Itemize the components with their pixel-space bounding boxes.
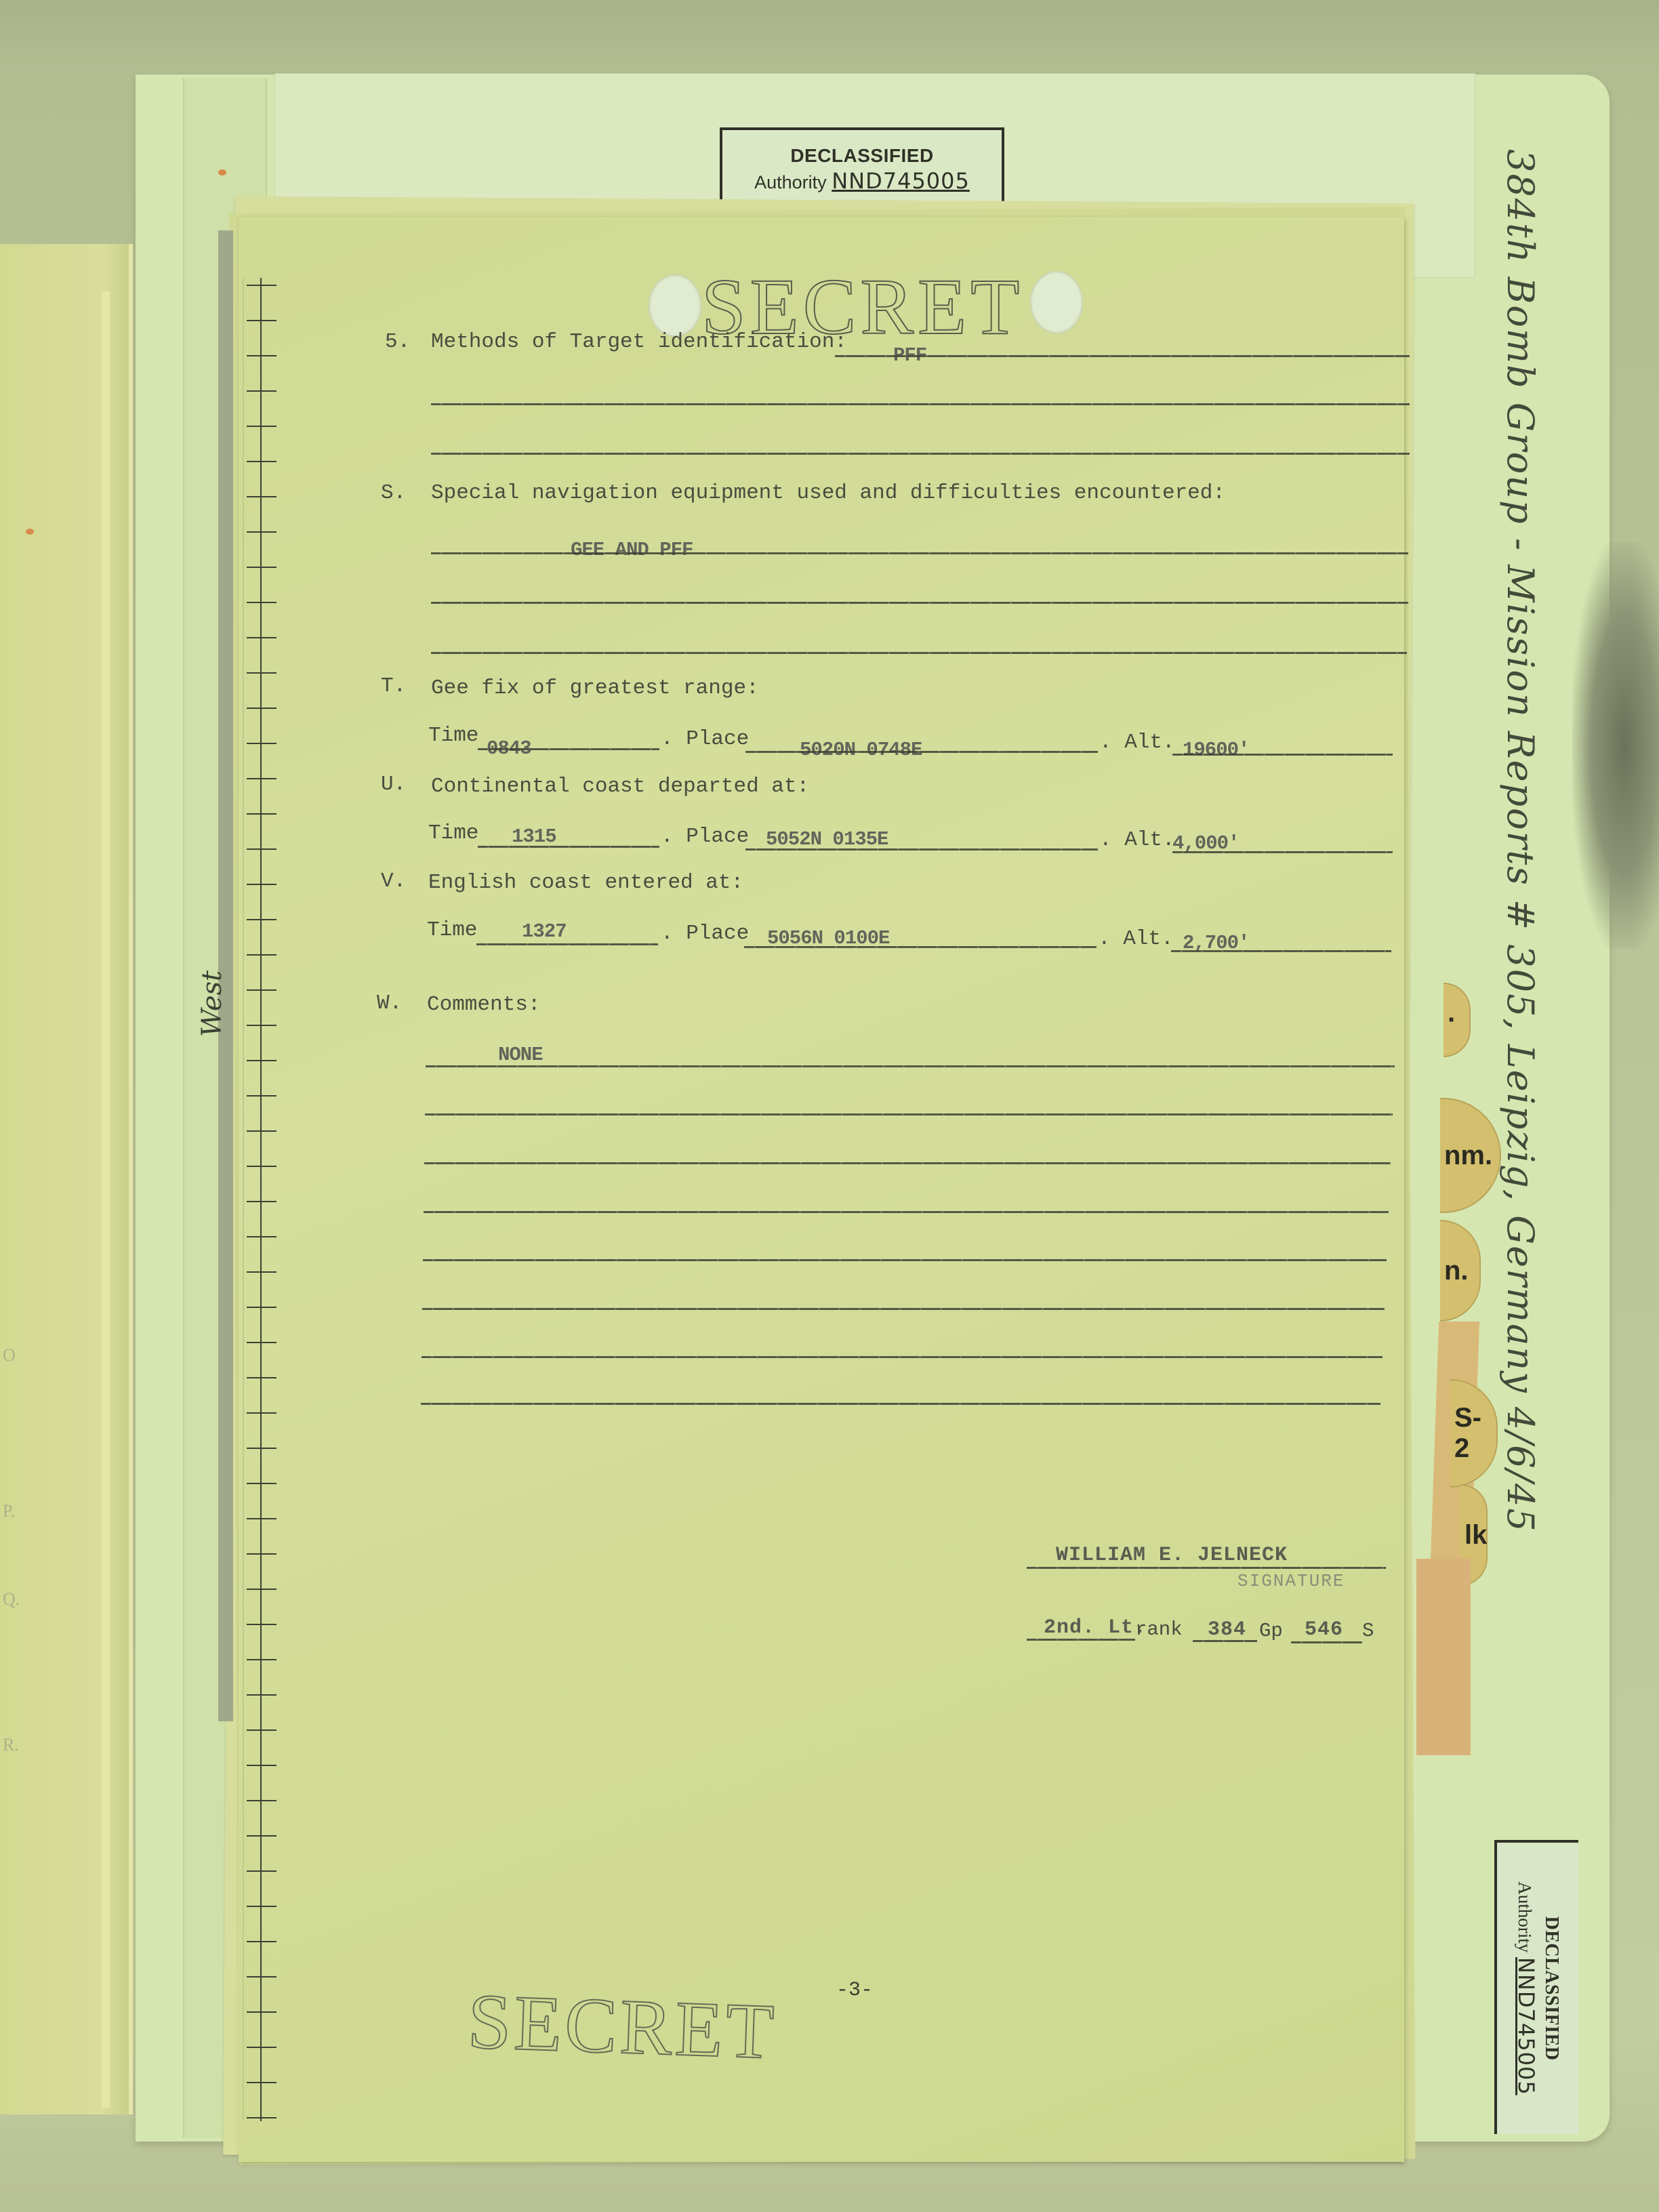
ruler-tick	[247, 1342, 276, 1343]
declassified-title: DECLASSIFIED	[1540, 1846, 1562, 2131]
fill-line	[431, 403, 1410, 405]
folder-label-text: 384th Bomb Group - Mission Reports # 305…	[1499, 149, 1542, 1533]
fill-line	[431, 602, 1408, 604]
left-stack-letter: P.	[3, 1501, 15, 1521]
ruler-tick	[247, 2047, 276, 2048]
fill-line	[431, 453, 1410, 455]
item-s-marker: S.	[381, 481, 406, 505]
ruler-tick	[247, 531, 276, 533]
fill-line	[744, 946, 1097, 948]
authority-label: Authority	[1515, 1881, 1535, 1952]
stain-mark	[26, 529, 34, 535]
left-stack-letter: R.	[3, 1735, 19, 1755]
ruler-tick	[247, 848, 276, 850]
classification-bottom: SECRET	[466, 1977, 778, 2078]
declassified-title: DECLASSIFIED	[722, 145, 1002, 167]
ruler-tick	[247, 1729, 276, 1731]
ruler-tick	[247, 285, 276, 286]
item-v-label: English coast entered at:	[428, 871, 743, 895]
fill-line	[1171, 950, 1391, 952]
authority-number: NND745005	[1513, 1957, 1539, 2095]
fill-line	[478, 846, 659, 848]
item-t-time-label: Time	[428, 724, 478, 747]
declassified-stamp-side: DECLASSIFIED Authority NND745005	[1494, 1840, 1578, 2134]
ruler-tick	[247, 2082, 276, 2083]
item-v-time: 1327	[522, 920, 567, 943]
fill-line	[431, 552, 1408, 554]
ruler-spine	[260, 278, 262, 2121]
item-w-marker: W.	[377, 991, 402, 1015]
ruler-tick	[247, 743, 276, 744]
ruler-tick	[247, 355, 276, 356]
ruler-tick	[247, 1694, 276, 1696]
ruler-tick	[247, 1060, 276, 1061]
signature-line	[1027, 1567, 1386, 1569]
item-t-label: Gee fix of greatest range:	[431, 676, 759, 700]
rank-line	[1027, 1639, 1135, 1641]
ruler-tick	[247, 954, 276, 956]
item-u-marker: U.	[381, 773, 406, 796]
ruler-tick	[247, 1166, 276, 1167]
ruler-tick	[247, 1941, 276, 1942]
ruler-tick	[247, 672, 276, 674]
item-w-label: Comments:	[427, 993, 540, 1017]
item-t-marker: T.	[381, 674, 406, 698]
item-r-label: Methods of Target identification:	[431, 330, 847, 354]
rank-label: rank	[1135, 1618, 1183, 1641]
fill-line	[431, 652, 1407, 654]
ruler-tick	[247, 602, 276, 603]
item-t-place: 5020N 0748E	[800, 739, 922, 761]
ruler-tick	[247, 1130, 276, 1132]
background-shadow	[1572, 542, 1659, 949]
ruler-tick	[247, 461, 276, 462]
comment-fill-line	[422, 1356, 1382, 1358]
fill-line	[835, 355, 1410, 357]
punch-hole	[1030, 271, 1083, 333]
ruler-tick	[247, 1448, 276, 1449]
ruler-tick	[247, 390, 276, 392]
comment-fill-line	[426, 1065, 1395, 1067]
ruler-tick	[247, 1870, 276, 1872]
item-u-time-label: Time	[428, 821, 478, 845]
ruler-tick	[247, 1377, 276, 1378]
group-value: 384	[1208, 1618, 1246, 1641]
comment-fill-line	[423, 1259, 1387, 1261]
ruler-tick	[247, 1800, 276, 1801]
comment-fill-line	[424, 1162, 1391, 1164]
stain-mark	[218, 169, 226, 176]
left-stack-letter: Q.	[3, 1589, 20, 1610]
authority-number: NND745005	[832, 168, 970, 194]
authority-label: Authority	[754, 172, 827, 192]
ruler-tick	[247, 1271, 276, 1273]
left-paper-stack	[0, 244, 133, 2114]
item-u-place: 5052N 0135E	[766, 828, 888, 851]
fill-line	[476, 943, 658, 945]
item-s-label: Special navigation equipment used and di…	[431, 481, 1225, 505]
ruler-tick	[247, 1201, 276, 1202]
ruler-tick	[247, 1835, 276, 1837]
punch-hole	[649, 274, 701, 337]
ruler-tick	[247, 989, 276, 991]
authority-line: Authority NND745005	[1513, 1846, 1539, 2131]
comment-fill-line	[421, 1403, 1380, 1405]
ruler-tick	[247, 320, 276, 321]
declassified-stamp-side-content: DECLASSIFIED Authority NND745005	[1513, 1846, 1562, 2131]
ruler-tick	[247, 2117, 276, 2118]
squadron-line	[1291, 1641, 1362, 1643]
ruler-tick	[247, 1518, 276, 1519]
declassified-stamp-top: DECLASSIFIED Authority NND745005	[720, 127, 1004, 206]
group-line	[1193, 1640, 1257, 1642]
left-stack-letter: O	[3, 1345, 16, 1366]
fill-line	[745, 751, 1098, 753]
ruler-tick	[247, 496, 276, 497]
ruler-tick	[247, 1025, 276, 1026]
ruler-tick	[247, 1412, 276, 1414]
ruler-tick	[247, 1483, 276, 1484]
ruler-tick	[247, 919, 276, 920]
comment-fill-line	[425, 1113, 1393, 1115]
ruler-tick	[247, 813, 276, 815]
item-v-time-label: Time	[427, 918, 477, 942]
ruler-tick	[247, 1553, 276, 1555]
ruler-tick	[247, 1659, 276, 1660]
signature-name: WILLIAM E. JELNECK	[1056, 1544, 1288, 1567]
ruler-tick	[247, 1624, 276, 1625]
comment-fill-line	[422, 1308, 1385, 1310]
margin-handwriting: West	[197, 970, 228, 1037]
ruler-tick	[247, 708, 276, 709]
tab-divider-edge	[1416, 1559, 1471, 1755]
ruler-tick	[247, 1095, 276, 1097]
page-number: -3-	[836, 1979, 873, 2002]
mission-report-page	[239, 217, 1404, 2162]
authority-line: Authority NND745005	[722, 168, 1002, 194]
item-v-alt-label: . Alt.	[1098, 927, 1174, 951]
item-s-value: GEE AND PFF	[571, 539, 693, 561]
fill-line	[745, 848, 1098, 851]
ruler-tick	[247, 778, 276, 779]
fill-line	[1172, 754, 1393, 756]
group-label: Gp	[1259, 1620, 1283, 1642]
squadron-value: 546	[1305, 1618, 1343, 1641]
item-t-place-label: . Place	[661, 727, 749, 751]
rank-value: 2nd. Lt.	[1044, 1616, 1147, 1639]
item-v-marker: V.	[381, 869, 406, 893]
ruler-tick	[247, 1236, 276, 1237]
ruler-tick	[247, 1976, 276, 1978]
ruler-tick	[247, 2011, 276, 2013]
item-u-alt-label: . Alt.	[1099, 828, 1175, 852]
ruler-tick	[247, 1765, 276, 1766]
item-w-value: NONE	[498, 1044, 543, 1066]
left-paper-stack-edge	[102, 291, 110, 2108]
fill-line	[1172, 851, 1393, 853]
item-u-label: Continental coast departed at:	[431, 775, 809, 798]
ruler-tick	[247, 426, 276, 427]
squadron-label: S	[1362, 1620, 1374, 1642]
signature-label: SIGNATURE	[1237, 1571, 1345, 1591]
item-t-alt-label: . Alt.	[1099, 731, 1175, 754]
fill-line	[478, 748, 659, 750]
item-t-alt: 19600'	[1183, 739, 1249, 761]
ruler-tick	[247, 1589, 276, 1590]
item-u-time: 1315	[512, 825, 556, 848]
ruler-tick	[247, 884, 276, 885]
ruler-tick	[247, 637, 276, 638]
item-u-place-label: . Place	[661, 825, 749, 848]
ruler-tick	[247, 1906, 276, 1907]
ruler-tick	[247, 567, 276, 568]
folder-label: 384th Bomb Group - Mission Reports # 305…	[1508, 149, 1549, 1369]
margin-grid-ruler	[243, 278, 287, 2121]
ruler-tick	[247, 1307, 276, 1308]
item-r-marker: 5.	[385, 330, 410, 354]
item-v-place-label: . Place	[661, 922, 749, 945]
comment-fill-line	[424, 1211, 1389, 1213]
